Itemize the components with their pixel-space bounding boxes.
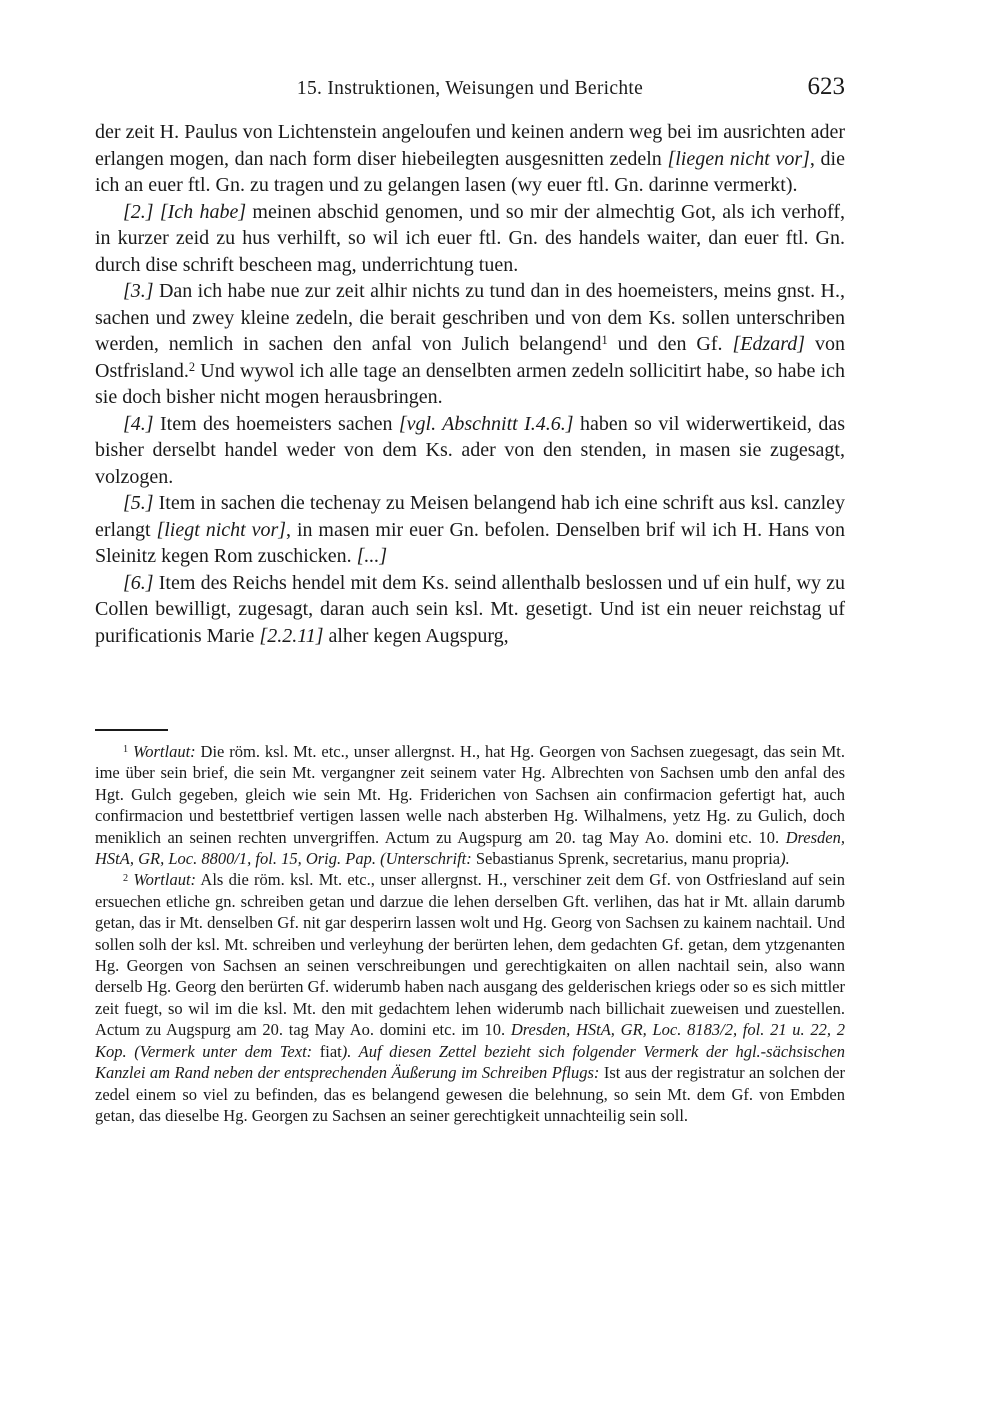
running-header-title: 15. Instruktionen, Weisungen und Bericht… xyxy=(95,78,845,100)
paragraph-item-2: [2.] [Ich habe] meinen abschid genomen, … xyxy=(95,199,845,279)
footnote-1: 1 Wortlaut: Die röm. ksl. Mt. etc., unse… xyxy=(95,741,845,869)
paragraph-item-3: [3.] Dan ich habe nue zur zeit alhir nic… xyxy=(95,278,845,411)
paragraph-continuation: der zeit H. Paulus von Lichtenstein ange… xyxy=(95,119,845,199)
footnote-separator-rule xyxy=(95,729,168,731)
paragraph-item-6: [6.] Item des Reichs hendel mit dem Ks. … xyxy=(95,570,845,650)
running-header: 15. Instruktionen, Weisungen und Bericht… xyxy=(95,78,845,104)
paragraph-item-4: [4.] Item des hoemeisters sachen [vgl. A… xyxy=(95,411,845,491)
main-text-block: der zeit H. Paulus von Lichtenstein ange… xyxy=(95,119,845,649)
footnote-2: 2 Wortlaut: Als die röm. ksl. Mt. etc., … xyxy=(95,869,845,1126)
paragraph-item-5: [5.] Item in sachen die techenay zu Meis… xyxy=(95,490,845,570)
footnotes-section: 1 Wortlaut: Die röm. ksl. Mt. etc., unse… xyxy=(95,729,845,1126)
book-page: 15. Instruktionen, Weisungen und Bericht… xyxy=(0,0,1004,1418)
page-number: 623 xyxy=(808,73,846,101)
